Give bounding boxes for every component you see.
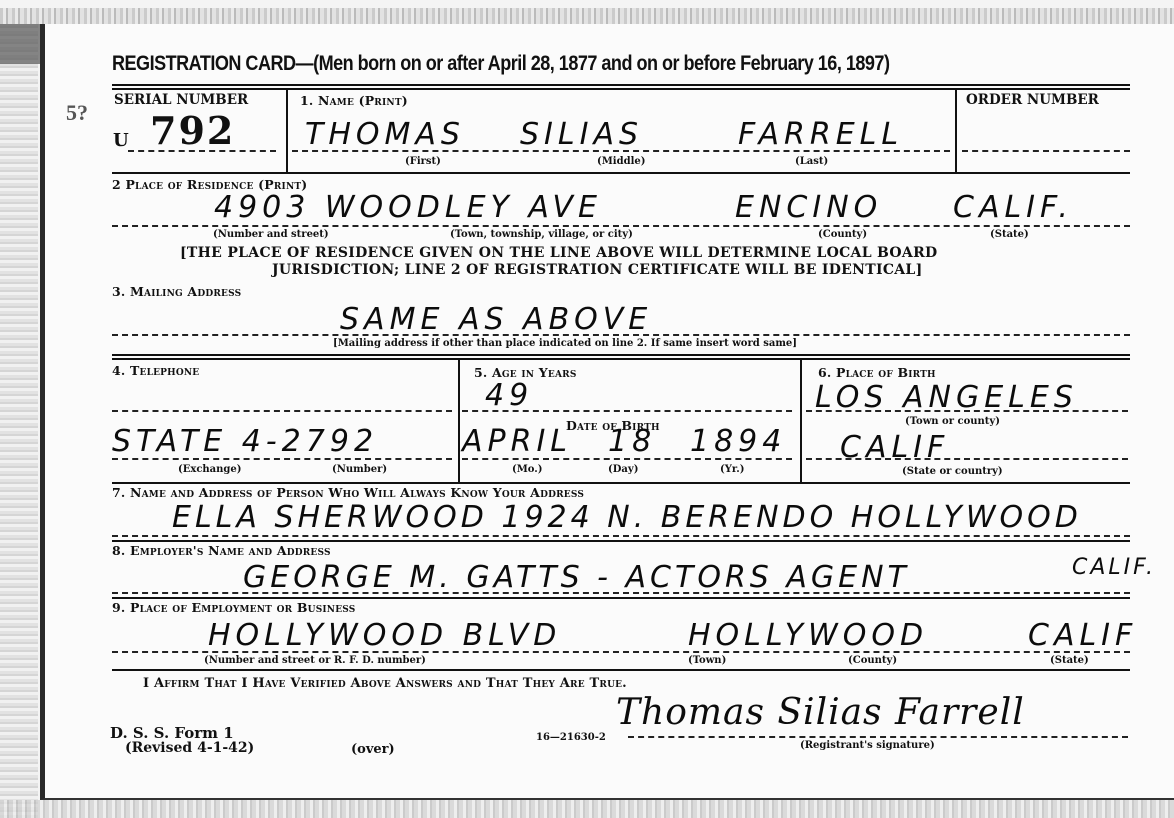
- mailing-value: SAME AS ABOVE: [340, 302, 652, 337]
- serial-number-label: SERIAL NUMBER: [114, 92, 248, 108]
- rule: [112, 84, 1130, 86]
- residence-notice-1: [THE PLACE OF RESIDENCE GIVEN ON THE LIN…: [180, 245, 937, 261]
- serial-line: [128, 150, 276, 152]
- employment-town-caption: (Town): [688, 655, 726, 666]
- card-title: REGISTRATION CARD—(Men born on or after …: [112, 52, 889, 76]
- employment-state: CALIF: [1028, 618, 1137, 653]
- dob-year: 1894: [690, 424, 786, 459]
- residence-state: CALIF.: [953, 190, 1073, 225]
- dob-day: 18: [608, 424, 656, 459]
- print-code: 16—21630-2: [536, 732, 606, 743]
- birthplace-label: 6. Place of Birth: [818, 365, 936, 380]
- employer-line: [112, 592, 1130, 594]
- name-middle: SILIAS: [520, 117, 643, 152]
- rule: [112, 354, 1130, 356]
- affirmation-text: I Affirm That I Have Verified Above Answ…: [143, 676, 627, 691]
- telephone-label: 4. Telephone: [112, 363, 199, 378]
- scan-edge-bottom: [0, 800, 1174, 818]
- employment-line: [112, 651, 1130, 653]
- telephone-line-1: [112, 410, 452, 412]
- rule: [112, 482, 1130, 484]
- divider: [458, 360, 460, 482]
- serial-prefix: U: [113, 130, 129, 151]
- birthplace-state-line: [806, 458, 1128, 460]
- employment-street-caption: (Number and street or R. F. D. number): [204, 655, 426, 666]
- age-line: [462, 410, 792, 412]
- name-first: THOMAS: [305, 117, 465, 152]
- rule: [112, 540, 1130, 542]
- rule: [112, 597, 1130, 599]
- scan-shadow: [0, 24, 40, 64]
- exchange-caption: (Exchange): [178, 464, 242, 475]
- telephone-line-2: [112, 458, 452, 460]
- contact-line: [112, 535, 1130, 537]
- name-last: FARRELL: [738, 117, 903, 152]
- serial-stamp: 5?: [66, 100, 88, 126]
- employment-street: HOLLYWOOD BLVD: [208, 618, 561, 653]
- order-number-line: [962, 150, 1130, 152]
- employment-town: HOLLYWOOD: [688, 618, 928, 653]
- name-line: [292, 150, 950, 152]
- first-caption: (First): [405, 156, 441, 167]
- divider: [955, 90, 957, 172]
- telephone-value: STATE 4-2792: [112, 424, 378, 459]
- number-caption: (Number): [332, 464, 387, 475]
- divider: [800, 360, 802, 482]
- mailing-caption: [Mailing address if other than place ind…: [333, 338, 797, 349]
- rule: [112, 669, 1130, 671]
- employment-state-caption: (State): [1050, 655, 1089, 666]
- rule: [112, 88, 1130, 90]
- scan-edge-left: [0, 24, 38, 818]
- mailing-label: 3. Mailing Address: [112, 284, 241, 299]
- registrant-signature: Thomas Silias Farrell: [616, 692, 1025, 733]
- signature-line: [628, 736, 1128, 738]
- birthplace-town-line: [806, 410, 1128, 412]
- signature-caption: (Registrant's signature): [800, 740, 935, 751]
- year-caption: (Yr.): [720, 464, 744, 475]
- day-caption: (Day): [608, 464, 638, 475]
- county-caption: (County): [818, 229, 867, 240]
- employer-label: 8. Employer's Name and Address: [112, 543, 331, 558]
- employment-place-label: 9. Place of Employment or Business: [112, 600, 356, 615]
- age-value: 49: [485, 378, 533, 413]
- residence-notice-2: JURISDICTION; LINE 2 OF REGISTRATION CER…: [272, 262, 923, 278]
- street-caption: (Number and street): [213, 229, 329, 240]
- birthplace-state-caption: (State or country): [902, 466, 1003, 477]
- rule: [112, 172, 1130, 174]
- divider: [286, 90, 288, 172]
- dob-month: APRIL: [462, 424, 572, 459]
- serial-number-value: 792: [150, 108, 235, 153]
- form-revised: (Revised 4-1-42): [125, 740, 254, 756]
- order-number-label: ORDER NUMBER: [966, 92, 1099, 108]
- state-caption: (State): [990, 229, 1029, 240]
- mailing-line: [112, 334, 1130, 336]
- dob-line: [462, 458, 792, 460]
- rule: [112, 358, 1130, 360]
- employer-overflow: CALIF.: [1072, 555, 1156, 580]
- scan-edge-top: [0, 8, 1174, 24]
- residence-street: 4903 WOODLEY AVE: [214, 190, 602, 225]
- town-caption: (Town, township, village, or city): [450, 229, 633, 240]
- contact-label: 7. Name and Address of Person Who Will A…: [112, 485, 584, 500]
- residence-line: [112, 225, 1130, 227]
- over-note: (over): [351, 742, 395, 757]
- birthplace-town-caption: (Town or county): [905, 416, 1000, 427]
- employer-value: GEORGE M. GATTS - ACTORS AGENT: [243, 560, 910, 595]
- contact-value: ELLA SHERWOOD 1924 N. BERENDO HOLLYWOOD: [172, 500, 1082, 535]
- month-caption: (Mo.): [512, 464, 543, 475]
- employment-county-caption: (County): [848, 655, 897, 666]
- middle-caption: (Middle): [597, 156, 645, 167]
- residence-county: ENCINO: [735, 190, 882, 225]
- name-label: 1. Name (Print): [300, 93, 408, 108]
- last-caption: (Last): [795, 156, 828, 167]
